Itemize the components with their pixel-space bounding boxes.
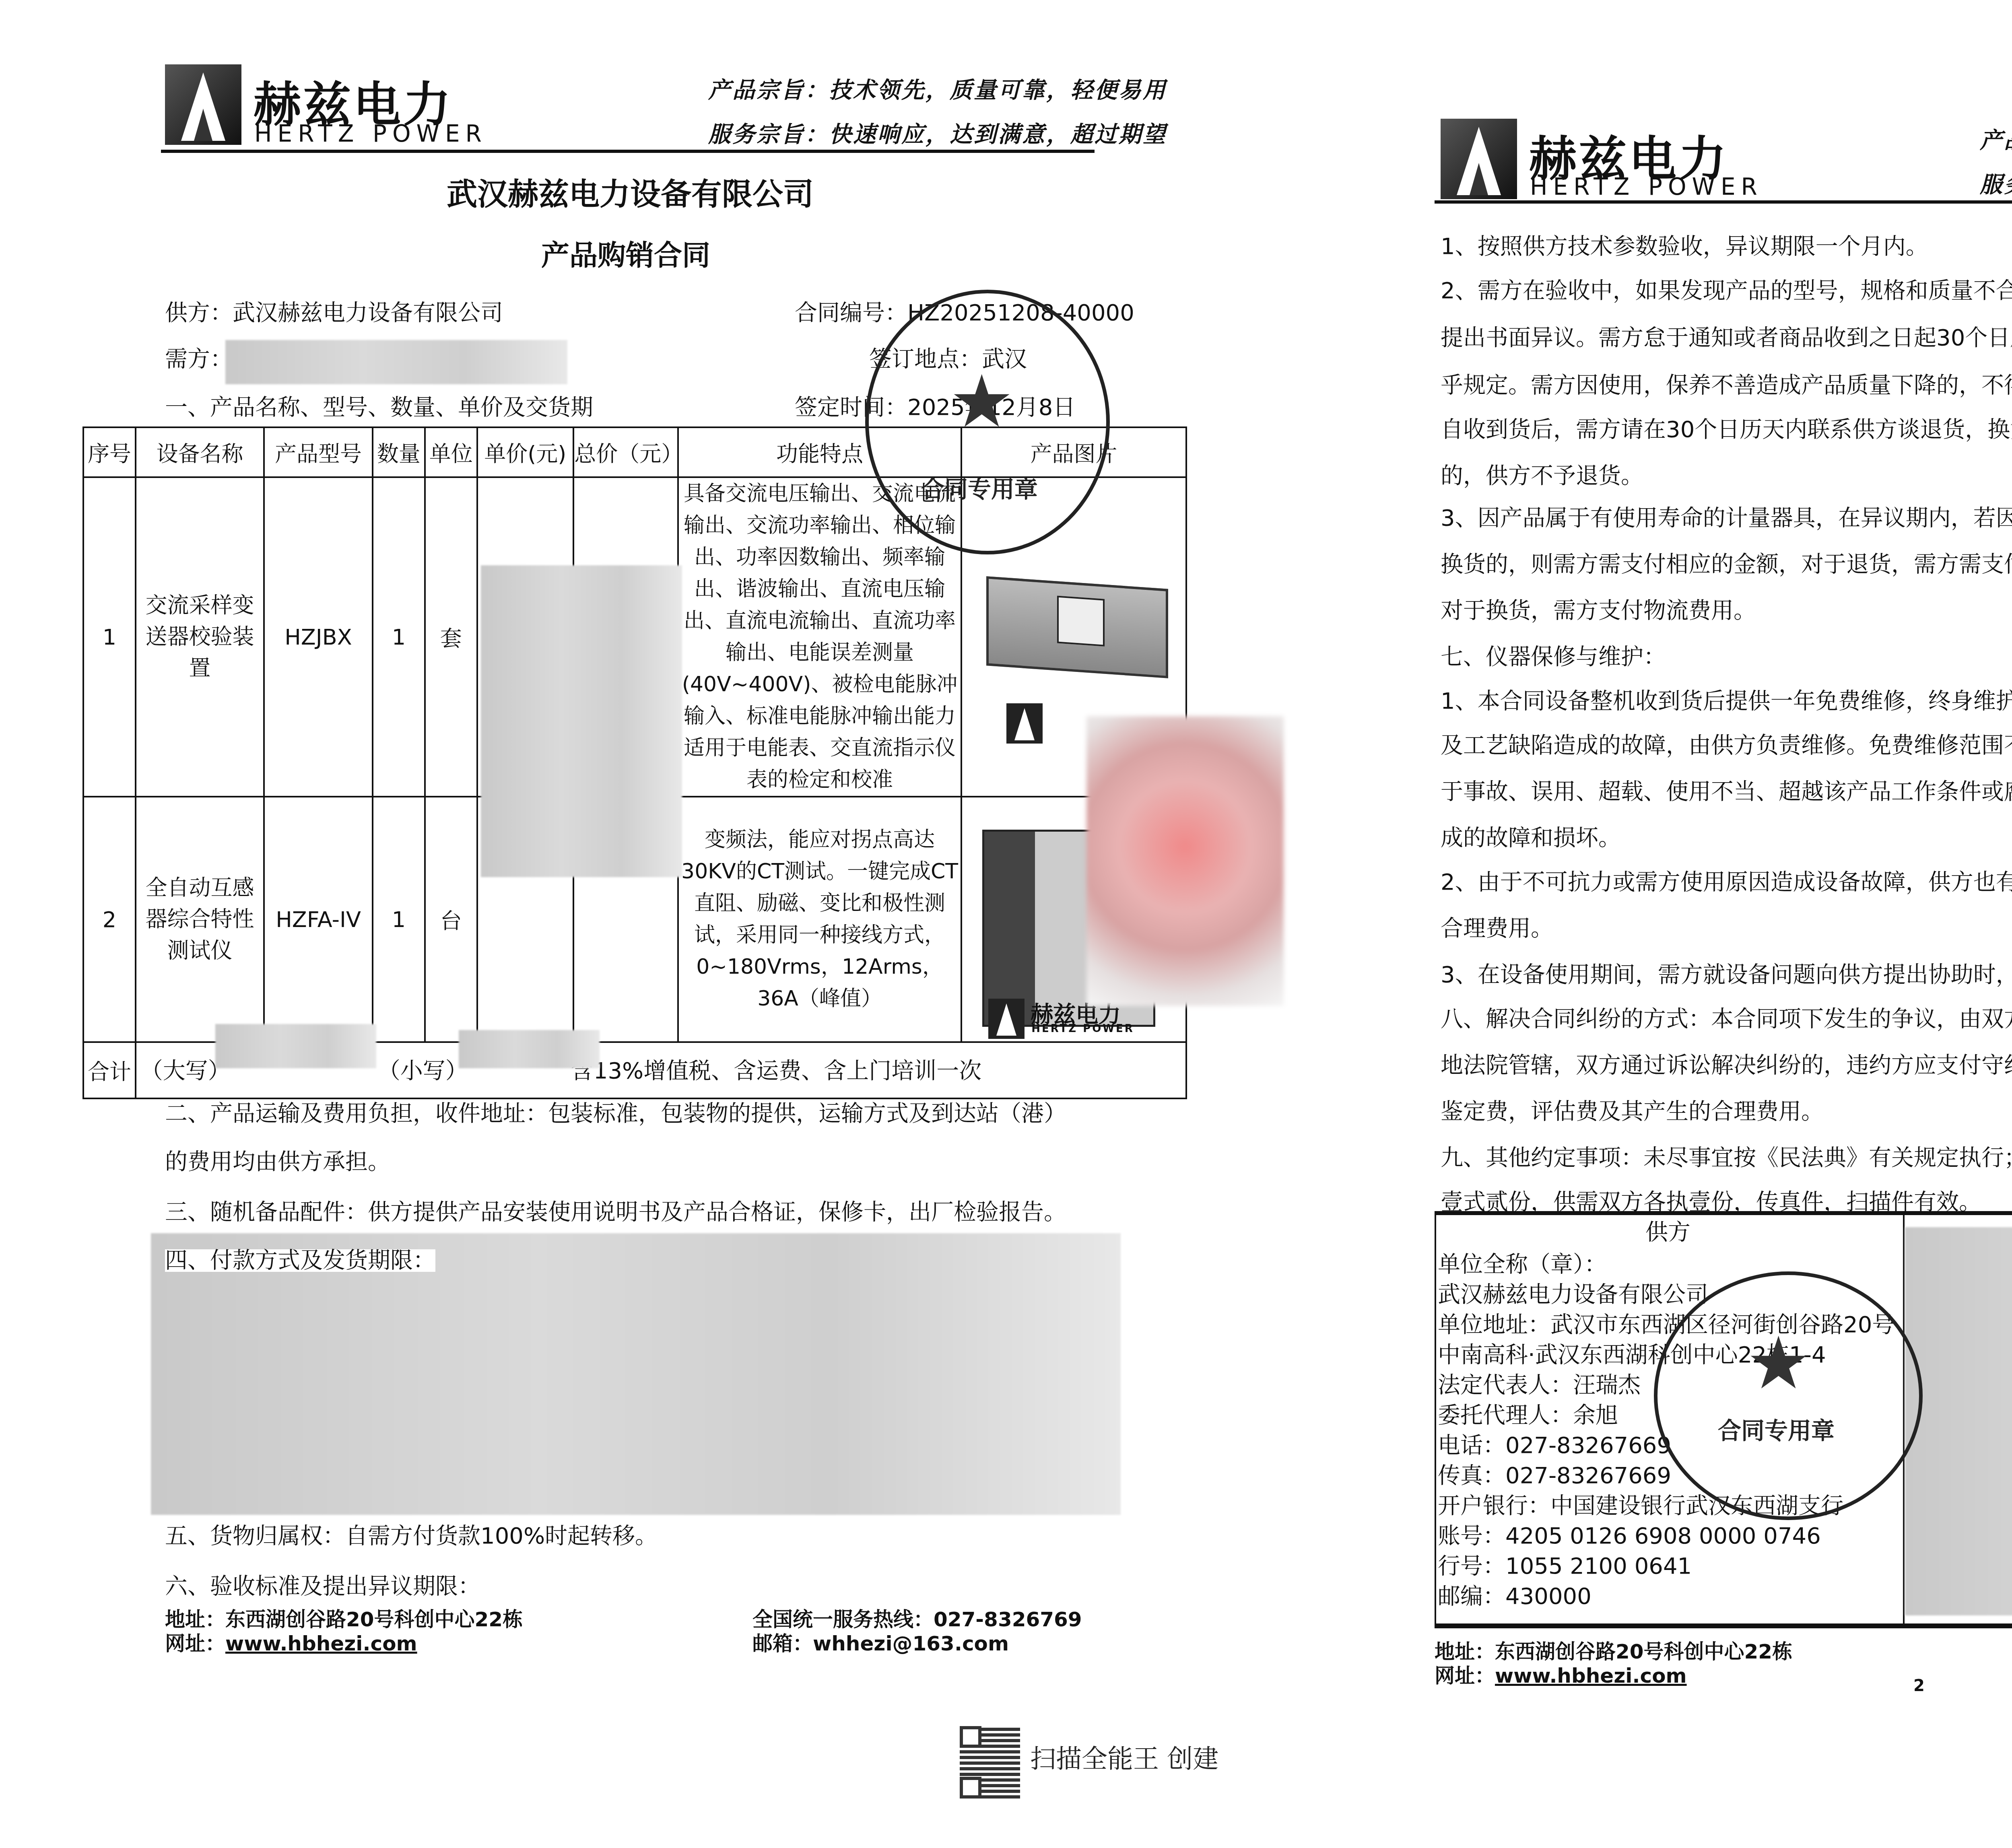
website-link[interactable]: www.hbhezi.com (225, 1632, 417, 1655)
clause-line: 1、本合同设备整机收到货后提供一年免费维修，终身维护服务。免费维修期内因设计、材… (1441, 690, 2012, 713)
device-model: HZFA-IV (264, 797, 373, 1042)
device-unit: 台 (425, 797, 477, 1042)
clause-line: 提出书面异议。需方怠于通知或者商品收到之日起30个日历天内未通知供方的，视为产品… (1441, 327, 2012, 349)
seal-text: 合同专用章 (921, 470, 1038, 504)
contract-page-1: 赫兹电力 HERTZ POWER 产品宗旨：技术领先，质量可靠，轻便易用 服务宗… (0, 0, 1280, 1848)
supplier-info-line: 传真：027-83267669 (1438, 1465, 1671, 1487)
total-lower-redacted (459, 1030, 600, 1068)
section-6: 六、验收标准及提出异议期限： (165, 1575, 480, 1598)
footer-website: 网址：www.hbhezi.com (1435, 1666, 1687, 1686)
seal-text: 合同专用章 (1718, 1412, 1835, 1446)
page-number: 2 (1913, 1678, 1925, 1694)
buyer-column-redacted (1905, 1227, 2012, 1615)
clause-line: 3、在设备使用期间，需方就设备问题向供方提出协助时，供方应给予积极配合。 (1441, 964, 2012, 986)
col-header: 序号 (83, 427, 136, 477)
section-1-heading: 一、产品名称、型号、数量、单价及交货期 (165, 396, 593, 419)
clause-line: 七、仪器保修与维护： (1441, 646, 1666, 668)
website-label: 网址： (165, 1632, 225, 1655)
row-no: 1 (83, 477, 136, 797)
clause-line: 于事故、误用、超载、使用不当、超越该产品工作条件或腐蚀以及其它归咎于使用方原因造 (1441, 781, 2012, 803)
clause-line: 地法院管辖，双方通过诉讼解决纠纷的，违约方应支付守约方因诉讼产生的律师费，调查费… (1441, 1054, 2012, 1077)
clause-line: 自收到货后，需方请在30个日历天内联系供方谈退货，换货和维修事宜，超过30个日历… (1441, 418, 2012, 441)
clause-line: 3、因产品属于有使用寿命的计量器具，在异议期内，若因需方原因订错产品，需要退货或… (1441, 507, 2012, 529)
brand-name-en: HERTZ POWER (1530, 173, 1763, 200)
section-2-line-1: 二、产品运输及费用负担，收件地址：包装标准，包装物的提供，运输方式及到达站（港） (165, 1102, 1066, 1125)
supplier-info-line: 账号：4205 0126 6908 0000 0746 (1438, 1525, 1821, 1547)
total-upper-redacted (215, 1024, 376, 1068)
clause-line: 1、按照供方技术参数验收，异议期限一个月内。 (1441, 235, 1928, 258)
service-motto: 服务宗旨：快速响应，达到满意，超过期望 (708, 117, 1167, 149)
section-4: 四、付款方式及发货期限： (165, 1249, 435, 1272)
contract-page-2: 赫兹电力 HERTZ POWER 产品宗旨：技术领先，质量可靠，轻便易用 服务宗… (1360, 0, 2012, 1848)
footer-address: 地址：东西湖创谷路20号科创中心22栋 (1435, 1642, 1792, 1662)
hertz-logo-icon (1006, 703, 1043, 744)
device-name: 交流采样变送器校验装置 (136, 477, 264, 797)
clause-line: 2、由于不可抗力或需方使用原因造成设备故障，供方也有责任给予协助解决。但需方需支… (1441, 871, 2012, 894)
section-2-line-2: 的费用均由供方承担。 (165, 1151, 390, 1173)
col-header: 单价(元) (477, 427, 574, 477)
brand-name-en: HERTZ POWER (254, 120, 487, 147)
clause-line: 的，供方不予退货。 (1441, 465, 1643, 487)
section-3: 三、随机备品配件：供方提供产品安装使用说明书及产品合格证，保修卡，出厂检验报告。 (165, 1201, 1066, 1224)
product-motto: 产品宗旨：技术领先，质量可靠，轻便易用 (1980, 123, 2012, 155)
supplier-header: 供方 (1645, 1221, 1690, 1244)
device-name: 全自动互感器综合特性测试仪 (136, 797, 264, 1042)
clause-line: 九、其他约定事项：未尽事宜按《民法典》有关规定执行；本合同 (1441, 1147, 2012, 1169)
hertz-logo-icon (165, 64, 241, 145)
website-label: 网址： (1435, 1664, 1495, 1687)
clause-line: 换货的，则需方需支付相应的金额，对于退货，需方需支付总货款的60%给供方作为违约… (1441, 553, 2012, 576)
footer-website: 网址：www.hbhezi.com (165, 1634, 417, 1654)
device-qty: 1 (373, 477, 425, 797)
product-motto: 产品宗旨：技术领先，质量可靠，轻便易用 (708, 72, 1167, 105)
section-5: 五、货物归属权：自需方付货款100%时起转移。 (165, 1525, 658, 1547)
qr-code-icon (960, 1726, 1020, 1799)
total-label: 合计 (83, 1042, 136, 1098)
col-header: 数量 (373, 427, 425, 477)
buyer-name-redacted (225, 340, 567, 384)
letterhead-divider (1435, 200, 2012, 204)
device-qty: 1 (373, 797, 425, 1042)
supplier-info-line: 法定代表人：汪瑞杰 (1438, 1374, 1641, 1397)
total-note: 含13%增值税、含运费、含上门培训一次 (571, 1060, 981, 1082)
supplier-info-line: 武汉赫兹电力设备有限公司 (1438, 1284, 1708, 1306)
clause-line: 八、解决合同纠纷的方式：本合同项下发生的争议，由双方协商解决，协商不成由供方注册 (1441, 1008, 2012, 1030)
row-no: 2 (83, 797, 136, 1042)
hertz-logo-icon (1441, 119, 1517, 199)
supplier-info-line: 委托代理人：余旭 (1438, 1404, 1618, 1427)
seal-redacted (1086, 716, 1284, 1006)
supplier-info-line: 电话：027-83267669 (1438, 1434, 1671, 1457)
device-unit: 套 (425, 477, 477, 797)
star-icon: ★ (1746, 1327, 1811, 1400)
scanner-watermark: 扫描全能王 创建 (1030, 1738, 1218, 1775)
footer-address: 地址：东西湖创谷路20号科创中心22栋 (165, 1609, 523, 1630)
supplier-info-line: 单位全称（章）： (1438, 1253, 1607, 1276)
supplier-info-line: 行号：1055 2100 0641 (1438, 1555, 1692, 1578)
footer-email: 邮箱：whhezi@163.com (752, 1634, 1009, 1654)
supplier-info-line: 邮编：430000 (1438, 1585, 1591, 1608)
company-title: 武汉赫兹电力设备有限公司 (447, 179, 814, 210)
letterhead-divider (161, 150, 1095, 153)
brand-name-en: HERTZ POWER (1031, 1023, 1134, 1035)
clause-line: 及工艺缺陷造成的故障，由供方负责维修。免费维修范围不包括由于正常损耗，也不包括由 (1441, 734, 2012, 757)
clause-line: 鉴定费，评估费及其产生的合理费用。 (1441, 1100, 1824, 1123)
device-model: HZJBX (264, 477, 373, 797)
clause-line: 成的故障和损坏。 (1441, 827, 1621, 849)
col-header: 设备名称 (136, 427, 264, 477)
clause-line: 壹式贰份，供需双方各执壹份，传真件，扫描件有效。 (1441, 1191, 1981, 1213)
total-lower-label: （小写） (378, 1060, 468, 1082)
clause-line: 2、需方在验收中，如果发现产品的型号，规格和质量不合规定，应在20个日历天内向供… (1441, 280, 2012, 302)
clause-line: 合理费用。 (1441, 917, 1553, 940)
calibrator-device-image (986, 576, 1168, 678)
hertz-logo-icon (988, 999, 1025, 1039)
col-header: 总价（元） (573, 427, 678, 477)
col-header: 单位 (425, 427, 477, 477)
footer-hotline: 全国统一服务热线：027-8326769 (752, 1609, 1082, 1630)
payment-terms-redacted (151, 1233, 1121, 1515)
device-features: 变频法，能应对拐点高达30KV的CT测试。一键完成CT直阻、励磁、变比和极性测试… (678, 797, 961, 1042)
supplier-line: 供方：武汉赫兹电力设备有限公司 (165, 302, 503, 324)
col-header: 产品型号 (264, 427, 373, 477)
star-icon: ★ (949, 366, 1014, 438)
clause-line: 乎规定。需方因使用，保养不善造成产品质量下降的，不得提出异议。若是产品质量问题， (1441, 374, 2012, 397)
website-link[interactable]: www.hbhezi.com (1495, 1664, 1687, 1687)
contract-seal: ★ 合同专用章 (865, 290, 1110, 554)
contract-seal: ★ 合同专用章 (1654, 1271, 1923, 1520)
clause-line: 对于换货，需方支付物流费用。 (1441, 600, 1756, 622)
document-title: 产品购销合同 (541, 241, 710, 270)
service-motto: 服务宗旨：快速响应，达到满意，超过期望 (1980, 167, 2012, 199)
buyer-label: 需方： (165, 348, 233, 371)
price-redacted (481, 565, 682, 877)
